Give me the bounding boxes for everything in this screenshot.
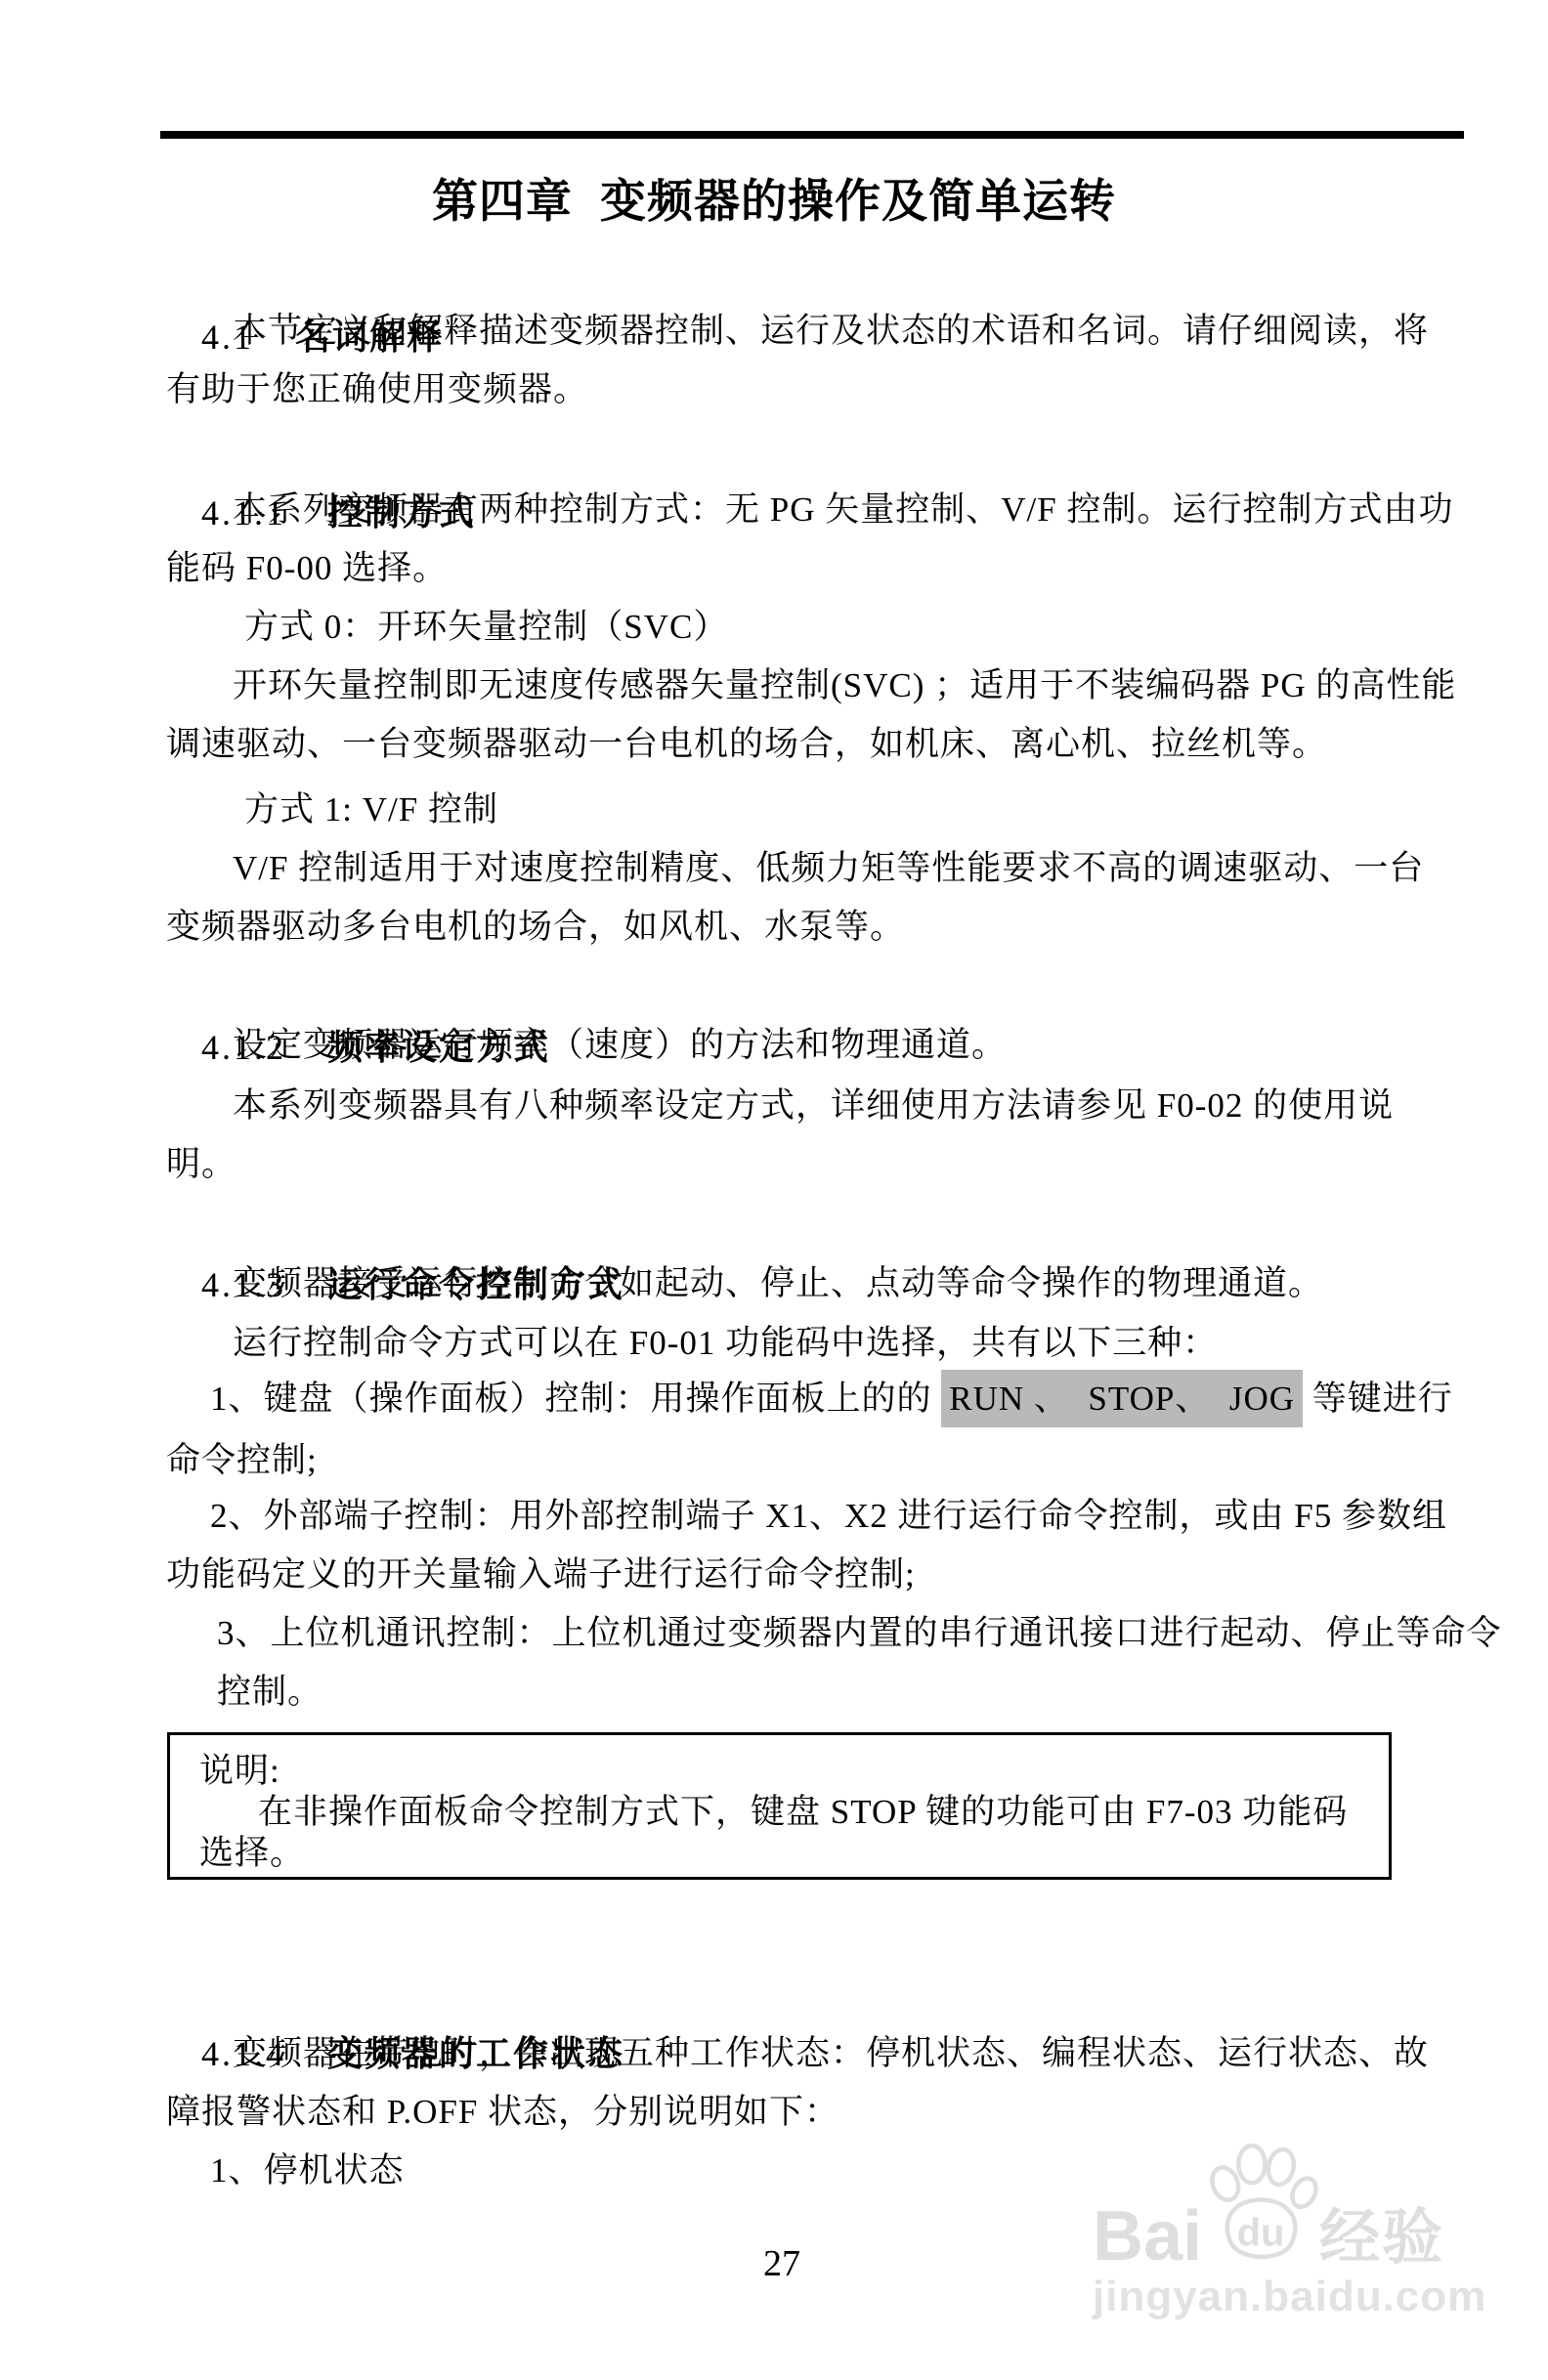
watermark-bai-text: Bai: [1093, 2202, 1202, 2271]
list-item-keyboard-control: 1、键盘（操作面板）控制：用操作面板上的的 RUN 、 STOP、 JOG 等键…: [166, 1368, 1458, 1491]
note-text: 在非操作面板命令控制方式下，键盘 STOP 键的功能可由 F7-03 功能码选择…: [199, 1792, 1369, 1874]
baidu-paw-icon: du: [1198, 2138, 1323, 2271]
watermark-brand-row: Bai du 经验: [1093, 2136, 1483, 2271]
paragraph: 本系列变频器具有八种频率设定方式，详细使用方法请参见 F0-02 的使用说明。: [166, 1077, 1458, 1194]
paragraph: 运行控制命令方式可以在 F0-01 功能码中选择，共有以下三种：: [166, 1314, 1458, 1373]
list-item-terminal-control: 2、外部端子控制：用外部控制端子 X1、X2 进行运行命令控制，或由 F5 参数…: [166, 1487, 1458, 1604]
paragraph-mode-1: 方式 1: V/F 控制: [166, 781, 1458, 839]
header-rule: [160, 131, 1464, 139]
paragraph: 变频器接受运行控制命令如起动、停止、点动等命令操作的物理通道。: [166, 1254, 1458, 1313]
paragraph: 本节定义和解释描述变频器控制、运行及状态的术语和名词。请仔细阅读，将有助于您正确…: [166, 302, 1458, 419]
paragraph: 开环矢量控制即无速度传感器矢量控制(SVC) ；适用于不装编码器 PG 的高性能…: [166, 657, 1458, 774]
paragraph: 变频器在带电时，会出现五种工作状态：停机状态、编程状态、运行状态、故障报警状态和…: [166, 2024, 1458, 2142]
paragraph-mode-0: 方式 0：开环矢量控制（SVC）: [166, 598, 1458, 657]
watermark-du-text: du: [1237, 2212, 1285, 2255]
paragraph: V/F 控制适用于对速度控制精度、低频力矩等性能要求不高的调速驱动、一台变频器驱…: [166, 839, 1458, 956]
paragraph: 设定变频器运行频率（速度）的方法和物理通道。: [166, 1016, 1458, 1075]
note-label: 说明:: [199, 1751, 1369, 1792]
watermark-url: jingyan.baidu.com: [1093, 2273, 1483, 2321]
document-page: 第四章 变频器的操作及简单运转 4.1名词解释 本节定义和解释描述变频器控制、运…: [0, 0, 1548, 2380]
watermark-jingyan-text: 经验: [1319, 2206, 1444, 2271]
note-box: 说明: 在非操作面板命令控制方式下，键盘 STOP 键的功能可由 F7-03 功…: [167, 1732, 1392, 1880]
list-item-text: 1、键盘（操作面板）控制：用操作面板上的的: [210, 1380, 941, 1418]
highlighted-keys-text: RUN 、 STOP、 JOG: [941, 1370, 1303, 1427]
baidu-watermark: Bai du 经验 jingyan.baidu.com: [1093, 2136, 1483, 2321]
chapter-title: 第四章 变频器的操作及简单运转: [0, 172, 1548, 231]
list-item-host-control: 3、上位机通讯控制：上位机通过变频器内置的串行通讯接口进行起动、停止等命令控制。: [166, 1604, 1509, 1721]
paragraph: 本系列变频器有两种控制方式：无 PG 矢量控制、V/F 控制。运行控制方式由功能…: [166, 481, 1458, 598]
